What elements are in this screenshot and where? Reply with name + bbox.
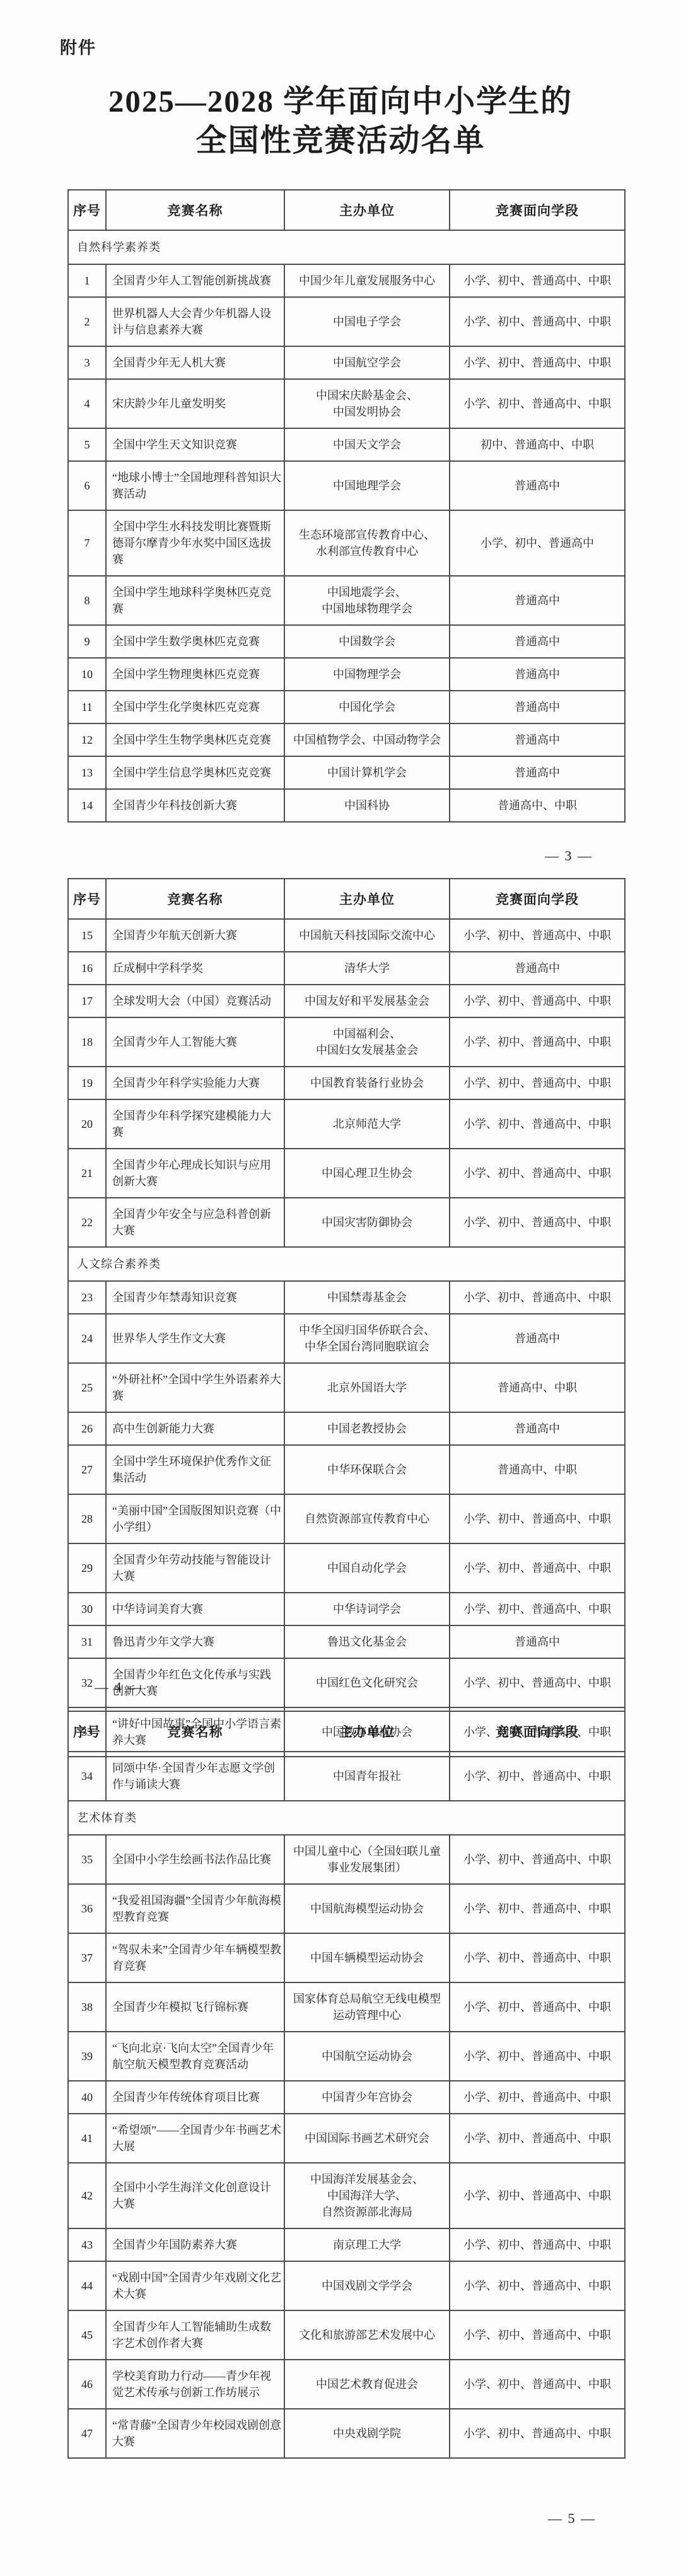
cell-organizer: 中国航天科技国际交流中心 <box>284 919 450 952</box>
table-header-row: 序号 竞赛名称 主办单位 竞赛面向学段 <box>68 1711 625 1752</box>
category-label: 自然科学素养类 <box>68 230 625 264</box>
cell-serial-number: 30 <box>68 1593 106 1625</box>
cell-serial-number: 24 <box>68 1314 106 1363</box>
cell-organizer: 国家体育总局航空无线电模型运动管理中心 <box>284 1982 450 2032</box>
cell-organizer: 中华诗词学会 <box>284 1593 450 1625</box>
cell-competition-name: 世界华人学生作文大赛 <box>106 1314 284 1363</box>
cell-target-stage: 小学、初中、普通高中、中职 <box>450 1099 625 1149</box>
cell-competition-name: 全国中学生地球科学奥林匹克竞赛 <box>106 576 284 625</box>
cell-competition-name: 全国青少年安全与应急科普创新大赛 <box>106 1198 284 1247</box>
document-page: 附件 2025—2028 学年面向中小学生的 全国性竞赛活动名单 序号 竞赛名称… <box>0 0 681 2576</box>
cell-competition-name: “外研社杯”全国中学生外语素养大赛 <box>106 1363 284 1412</box>
page-number-4: — 4 — <box>95 1679 143 1695</box>
cell-target-stage: 小学、初中、普通高中、中职 <box>450 1593 625 1625</box>
cell-organizer: 中国教育装备行业协会 <box>284 1067 450 1099</box>
cell-target-stage: 小学、初中、普通高中、中职 <box>450 919 625 952</box>
cell-target-stage: 小学、初中、普通高中、中职 <box>450 1543 625 1593</box>
header-serial-number: 序号 <box>68 1711 106 1752</box>
cell-target-stage: 普通高中、中职 <box>450 1445 625 1494</box>
competition-table-segment-2: 序号 竞赛名称 主办单位 竞赛面向学段 15全国青少年航天创新大赛中国航天科技国… <box>67 878 624 1757</box>
cell-organizer: 中国航空运动协会 <box>284 2032 450 2081</box>
attachment-label: 附件 <box>60 34 96 59</box>
table-row: 6“地球小博士”全国地理科普知识大赛活动中国地理学会普通高中 <box>68 461 625 510</box>
cell-target-stage: 普通高中 <box>450 576 625 625</box>
cell-competition-name: 全国青少年禁毒知识竞赛 <box>106 1281 284 1314</box>
category-label: 艺术体育类 <box>68 1801 625 1835</box>
cell-organizer: 中华环保联合会 <box>284 1445 450 1494</box>
cell-competition-name: “美丽中国”全国版图知识竞赛（中小学组） <box>106 1494 284 1543</box>
category-row: 艺术体育类 <box>68 1801 625 1835</box>
table-row: 38全国青少年模拟飞行锦标赛国家体育总局航空无线电模型运动管理中心小学、初中、普… <box>68 1982 625 2032</box>
cell-target-stage: 普通高中 <box>450 1625 625 1658</box>
cell-organizer: 中国自动化学会 <box>284 1543 450 1593</box>
cell-serial-number: 11 <box>68 691 106 723</box>
cell-organizer: 中国航空学会 <box>284 346 450 379</box>
cell-competition-name: 全国中学生生物学奥林匹克竞赛 <box>106 723 284 756</box>
cell-target-stage: 小学、初中、普通高中、中职 <box>450 297 625 346</box>
cell-target-stage: 小学、初中、普通高中、中职 <box>450 1884 625 1933</box>
cell-serial-number: 37 <box>68 1933 106 1982</box>
cell-serial-number: 16 <box>68 952 106 985</box>
cell-serial-number: 23 <box>68 1281 106 1314</box>
cell-competition-name: “希望颂”——全国青少年书画艺术大展 <box>106 2114 284 2163</box>
cell-competition-name: 全国青少年科学探究建模能力大赛 <box>106 1099 284 1149</box>
table-row: 31鲁迅青少年文学大赛鲁迅文化基金会普通高中 <box>68 1625 625 1658</box>
table-row: 32全国青少年红色文化传承与实践创新大赛中国红色文化研究会小学、初中、普通高中、… <box>68 1658 625 1707</box>
cell-organizer: 中国天文学会 <box>284 428 450 461</box>
cell-serial-number: 14 <box>68 789 106 822</box>
cell-organizer: 中国灾害防御协会 <box>284 1198 450 1247</box>
cell-serial-number: 21 <box>68 1149 106 1198</box>
cell-serial-number: 8 <box>68 576 106 625</box>
cell-serial-number: 35 <box>68 1835 106 1884</box>
cell-organizer: 中国儿童中心（全国妇联儿童事业发展集团） <box>284 1835 450 1884</box>
table-row: 34同颂中华·全国青少年志愿文学创作与诵读大赛中国青年报社小学、初中、普通高中、… <box>68 1752 625 1801</box>
competition-table: 序号 竞赛名称 主办单位 竞赛面向学段 自然科学素养类1全国青少年人工智能创新挑… <box>67 189 626 823</box>
cell-serial-number: 3 <box>68 346 106 379</box>
table-row: 39“飞向北京·飞向太空”全国青少年航空航天模型教育竞赛活动中国航空运动协会小学… <box>68 2032 625 2081</box>
cell-competition-name: 全国青少年科技创新大赛 <box>106 789 284 822</box>
cell-target-stage: 小学、初中、普通高中、中职 <box>450 2032 625 2081</box>
table-row: 21全国青少年心理成长知识与应用创新大赛中国心理卫生协会小学、初中、普通高中、中… <box>68 1149 625 1198</box>
cell-serial-number: 27 <box>68 1445 106 1494</box>
header-target-stage: 竞赛面向学段 <box>450 1711 625 1752</box>
cell-competition-name: 世界机器人大会青少年机器人设计与信息素养大赛 <box>106 297 284 346</box>
cell-competition-name: “地球小博士”全国地理科普知识大赛活动 <box>106 461 284 510</box>
table-row: 36“我爱祖国海疆”全国青少年航海模型教育竞赛中国航海模型运动协会小学、初中、普… <box>68 1884 625 1933</box>
table-row: 26高中生创新能力大赛中国老教授协会普通高中 <box>68 1412 625 1445</box>
cell-organizer: 中国地震学会、 中国地球物理学会 <box>284 576 450 625</box>
cell-target-stage: 普通高中、中职 <box>450 789 625 822</box>
cell-competition-name: 全国中小学生海洋文化创意设计大赛 <box>106 2163 284 2228</box>
cell-target-stage: 小学、初中、普通高中、中职 <box>450 1494 625 1543</box>
cell-organizer: 鲁迅文化基金会 <box>284 1625 450 1658</box>
cell-competition-name: 全国青少年人工智能创新挑战赛 <box>106 264 284 297</box>
cell-competition-name: 全国中学生数学奥林匹克竞赛 <box>106 625 284 658</box>
category-label: 人文综合素养类 <box>68 1247 625 1281</box>
cell-target-stage: 小学、初中、普通高中、中职 <box>450 1281 625 1314</box>
category-row: 人文综合素养类 <box>68 1247 625 1281</box>
table-row: 45全国青少年人工智能辅助生成数字艺术创作者大赛文化和旅游部艺术发展中心小学、初… <box>68 2310 625 2360</box>
table-row: 17全球发明大会（中国）竞赛活动中国友好和平发展基金会小学、初中、普通高中、中职 <box>68 985 625 1017</box>
cell-organizer: 中国艺术教育促进会 <box>284 2360 450 2409</box>
table-row: 40全国青少年传统体育项目比赛中国青少年宫协会小学、初中、普通高中、中职 <box>68 2081 625 2114</box>
cell-serial-number: 19 <box>68 1067 106 1099</box>
cell-serial-number: 45 <box>68 2310 106 2360</box>
cell-target-stage: 小学、初中、普通高中、中职 <box>450 1017 625 1067</box>
table-row: 25“外研社杯”全国中学生外语素养大赛北京外国语大学普通高中、中职 <box>68 1363 625 1412</box>
table-row: 18全国青少年人工智能大赛中国福利会、 中国妇女发展基金会小学、初中、普通高中、… <box>68 1017 625 1067</box>
cell-serial-number: 25 <box>68 1363 106 1412</box>
cell-organizer: 中华全国归国华侨联合会、 中华全国台湾同胞联谊会 <box>284 1314 450 1363</box>
cell-serial-number: 18 <box>68 1017 106 1067</box>
cell-serial-number: 36 <box>68 1884 106 1933</box>
page-number-3: — 3 — <box>545 848 593 864</box>
table-row: 27全国中学生环境保护优秀作文征集活动中华环保联合会普通高中、中职 <box>68 1445 625 1494</box>
cell-organizer: 北京外国语大学 <box>284 1363 450 1412</box>
cell-organizer: 清华大学 <box>284 952 450 985</box>
cell-serial-number: 39 <box>68 2032 106 2081</box>
cell-organizer: 中国计算机学会 <box>284 756 450 789</box>
cell-organizer: 中国友好和平发展基金会 <box>284 985 450 1017</box>
cell-target-stage: 小学、初中、普通高中、中职 <box>450 2228 625 2261</box>
cell-organizer: 北京师范大学 <box>284 1099 450 1149</box>
cell-target-stage: 小学、初中、普通高中、中职 <box>450 346 625 379</box>
cell-organizer: 中国植物学会、中国动物学会 <box>284 723 450 756</box>
table-row: 43全国青少年国防素养大赛南京理工大学小学、初中、普通高中、中职 <box>68 2228 625 2261</box>
cell-serial-number: 15 <box>68 919 106 952</box>
cell-serial-number: 34 <box>68 1752 106 1801</box>
table-row: 46学校美育助力行动——青少年视觉艺术传承与创新工作坊展示中国艺术教育促进会小学… <box>68 2360 625 2409</box>
cell-target-stage: 小学、初中、普通高中、中职 <box>450 264 625 297</box>
table-row: 2世界机器人大会青少年机器人设计与信息素养大赛中国电子学会小学、初中、普通高中、… <box>68 297 625 346</box>
table-row: 19全国青少年科学实验能力大赛中国教育装备行业协会小学、初中、普通高中、中职 <box>68 1067 625 1099</box>
cell-organizer: 中国青年报社 <box>284 1752 450 1801</box>
table-row: 20全国青少年科学探究建模能力大赛北京师范大学小学、初中、普通高中、中职 <box>68 1099 625 1149</box>
table-row: 5全国中学生天文知识竞赛中国天文学会初中、普通高中、中职 <box>68 428 625 461</box>
competition-table: 序号 竞赛名称 主办单位 竞赛面向学段 15全国青少年航天创新大赛中国航天科技国… <box>67 878 626 1757</box>
cell-target-stage: 小学、初中、普通高中、中职 <box>450 2163 625 2228</box>
cell-serial-number: 28 <box>68 1494 106 1543</box>
cell-organizer: 中国电子学会 <box>284 297 450 346</box>
cell-organizer: 中国老教授协会 <box>284 1412 450 1445</box>
cell-serial-number: 44 <box>68 2261 106 2310</box>
category-row: 自然科学素养类 <box>68 230 625 264</box>
cell-competition-name: 同颂中华·全国青少年志愿文学创作与诵读大赛 <box>106 1752 284 1801</box>
cell-organizer: 中国心理卫生协会 <box>284 1149 450 1198</box>
cell-organizer: 中国戏剧文学学会 <box>284 2261 450 2310</box>
cell-target-stage: 小学、初中、普通高中、中职 <box>450 379 625 428</box>
table-row: 30中华诗词美育大赛中华诗词学会小学、初中、普通高中、中职 <box>68 1593 625 1625</box>
cell-organizer: 南京理工大学 <box>284 2228 450 2261</box>
cell-target-stage: 小学、初中、普通高中、中职 <box>450 985 625 1017</box>
cell-competition-name: “飞向北京·飞向太空”全国青少年航空航天模型教育竞赛活动 <box>106 2032 284 2081</box>
cell-target-stage: 小学、初中、普通高中、中职 <box>450 2081 625 2114</box>
cell-competition-name: 学校美育助力行动——青少年视觉艺术传承与创新工作坊展示 <box>106 2360 284 2409</box>
cell-competition-name: 全国青少年航天创新大赛 <box>106 919 284 952</box>
header-competition-name: 竞赛名称 <box>106 879 284 919</box>
table-row: 44“戏剧中国”全国青少年戏剧文化艺术大赛中国戏剧文学学会小学、初中、普通高中、… <box>68 2261 625 2310</box>
table-row: 15全国青少年航天创新大赛中国航天科技国际交流中心小学、初中、普通高中、中职 <box>68 919 625 952</box>
cell-organizer: 中国红色文化研究会 <box>284 1658 450 1707</box>
cell-competition-name: 全国青少年国防素养大赛 <box>106 2228 284 2261</box>
document-title-line1: 2025—2028 学年面向中小学生的 <box>0 82 681 121</box>
cell-organizer: 中国数学会 <box>284 625 450 658</box>
table-row: 28“美丽中国”全国版图知识竞赛（中小学组）自然资源部宣传教育中心小学、初中、普… <box>68 1494 625 1543</box>
competition-table: 序号 竞赛名称 主办单位 竞赛面向学段 34同颂中华·全国青少年志愿文学创作与诵… <box>67 1711 626 2459</box>
cell-organizer: 中国车辆模型运动协会 <box>284 1933 450 1982</box>
cell-target-stage: 小学、初中、普通高中、中职 <box>450 2310 625 2360</box>
cell-target-stage: 普通高中 <box>450 625 625 658</box>
cell-organizer: 中国少年儿童发展服务中心 <box>284 264 450 297</box>
cell-serial-number: 20 <box>68 1099 106 1149</box>
competition-table-segment-1: 序号 竞赛名称 主办单位 竞赛面向学段 自然科学素养类1全国青少年人工智能创新挑… <box>67 189 624 823</box>
cell-competition-name: 丘成桐中学科学奖 <box>106 952 284 985</box>
cell-organizer: 中国禁毒基金会 <box>284 1281 450 1314</box>
document-title-line2: 全国性竞赛活动名单 <box>0 121 681 160</box>
table-row: 13全国中学生信息学奥林匹克竞赛中国计算机学会普通高中 <box>68 756 625 789</box>
cell-organizer: 中国物理学会 <box>284 658 450 691</box>
cell-competition-name: 全国青少年劳动技能与智能设计大赛 <box>106 1543 284 1593</box>
cell-competition-name: 宋庆龄少年儿童发明奖 <box>106 379 284 428</box>
cell-target-stage: 小学、初中、普通高中、中职 <box>450 1982 625 2032</box>
cell-competition-name: 全国中学生物理奥林匹克竞赛 <box>106 658 284 691</box>
cell-serial-number: 1 <box>68 264 106 297</box>
cell-competition-name: 全球发明大会（中国）竞赛活动 <box>106 985 284 1017</box>
cell-competition-name: 全国青少年无人机大赛 <box>106 346 284 379</box>
table-row: 7全国中学生水科技发明比赛暨斯德哥尔摩青少年水奖中国区选拔赛生态环境部宣传教育中… <box>68 510 625 576</box>
table-row: 41“希望颂”——全国青少年书画艺术大展中国国际书画艺术研究会小学、初中、普通高… <box>68 2114 625 2163</box>
cell-organizer: 中国海洋发展基金会、 中国海洋大学、 自然资源部北海局 <box>284 2163 450 2228</box>
header-organizer: 主办单位 <box>284 879 450 919</box>
cell-serial-number: 42 <box>68 2163 106 2228</box>
cell-serial-number: 26 <box>68 1412 106 1445</box>
header-organizer: 主办单位 <box>284 190 450 230</box>
cell-serial-number: 12 <box>68 723 106 756</box>
cell-target-stage: 普通高中 <box>450 1412 625 1445</box>
cell-competition-name: 全国中学生天文知识竞赛 <box>106 428 284 461</box>
cell-serial-number: 9 <box>68 625 106 658</box>
cell-competition-name: 全国中学生信息学奥林匹克竞赛 <box>106 756 284 789</box>
table-row: 1全国青少年人工智能创新挑战赛中国少年儿童发展服务中心小学、初中、普通高中、中职 <box>68 264 625 297</box>
header-target-stage: 竞赛面向学段 <box>450 190 625 230</box>
cell-competition-name: 全国青少年人工智能辅助生成数字艺术创作者大赛 <box>106 2310 284 2360</box>
cell-organizer: 中央戏剧学院 <box>284 2409 450 2458</box>
cell-competition-name: 全国中学生水科技发明比赛暨斯德哥尔摩青少年水奖中国区选拔赛 <box>106 510 284 576</box>
cell-serial-number: 47 <box>68 2409 106 2458</box>
cell-target-stage: 普通高中 <box>450 691 625 723</box>
table-row: 23全国青少年禁毒知识竞赛中国禁毒基金会小学、初中、普通高中、中职 <box>68 1281 625 1314</box>
cell-target-stage: 初中、普通高中、中职 <box>450 428 625 461</box>
cell-target-stage: 小学、初中、普通高中、中职 <box>450 2261 625 2310</box>
cell-serial-number: 17 <box>68 985 106 1017</box>
cell-target-stage: 小学、初中、普通高中、中职 <box>450 1658 625 1707</box>
header-target-stage: 竞赛面向学段 <box>450 879 625 919</box>
table-row: 14全国青少年科技创新大赛中国科协普通高中、中职 <box>68 789 625 822</box>
cell-competition-name: 全国青少年模拟飞行锦标赛 <box>106 1982 284 2032</box>
table-row: 22全国青少年安全与应急科普创新大赛中国灾害防御协会小学、初中、普通高中、中职 <box>68 1198 625 1247</box>
cell-serial-number: 4 <box>68 379 106 428</box>
table-row: 9全国中学生数学奥林匹克竞赛中国数学会普通高中 <box>68 625 625 658</box>
cell-serial-number: 10 <box>68 658 106 691</box>
cell-serial-number: 43 <box>68 2228 106 2261</box>
table-row: 8全国中学生地球科学奥林匹克竞赛中国地震学会、 中国地球物理学会普通高中 <box>68 576 625 625</box>
table-row: 16丘成桐中学科学奖清华大学普通高中 <box>68 952 625 985</box>
cell-organizer: 中国地理学会 <box>284 461 450 510</box>
table-row: 47“常青藤”全国青少年校园戏剧创意大赛中央戏剧学院小学、初中、普通高中、中职 <box>68 2409 625 2458</box>
table-row: 11全国中学生化学奥林匹克竞赛中国化学会普通高中 <box>68 691 625 723</box>
cell-target-stage: 普通高中、中职 <box>450 1363 625 1412</box>
cell-competition-name: 全国青少年传统体育项目比赛 <box>106 2081 284 2114</box>
cell-target-stage: 小学、初中、普通高中、中职 <box>450 2360 625 2409</box>
cell-competition-name: 高中生创新能力大赛 <box>106 1412 284 1445</box>
cell-serial-number: 13 <box>68 756 106 789</box>
cell-organizer: 中国青少年宫协会 <box>284 2081 450 2114</box>
cell-target-stage: 小学、初中、普通高中 <box>450 510 625 576</box>
cell-serial-number: 7 <box>68 510 106 576</box>
cell-serial-number: 31 <box>68 1625 106 1658</box>
document-title: 2025—2028 学年面向中小学生的 全国性竞赛活动名单 <box>0 82 681 160</box>
cell-target-stage: 小学、初中、普通高中、中职 <box>450 2114 625 2163</box>
cell-competition-name: “常青藤”全国青少年校园戏剧创意大赛 <box>106 2409 284 2458</box>
table-row: 29全国青少年劳动技能与智能设计大赛中国自动化学会小学、初中、普通高中、中职 <box>68 1543 625 1593</box>
table-header-row: 序号 竞赛名称 主办单位 竞赛面向学段 <box>68 879 625 919</box>
table-row: 37“驾驭未来”全国青少年车辆模型教育竞赛中国车辆模型运动协会小学、初中、普通高… <box>68 1933 625 1982</box>
cell-target-stage: 普通高中 <box>450 1314 625 1363</box>
header-competition-name: 竞赛名称 <box>106 190 284 230</box>
table-header-row: 序号 竞赛名称 主办单位 竞赛面向学段 <box>68 190 625 230</box>
cell-organizer: 生态环境部宣传教育中心、 水利部宣传教育中心 <box>284 510 450 576</box>
table-row: 42全国中小学生海洋文化创意设计大赛中国海洋发展基金会、 中国海洋大学、 自然资… <box>68 2163 625 2228</box>
cell-competition-name: 全国青少年心理成长知识与应用创新大赛 <box>106 1149 284 1198</box>
cell-target-stage: 普通高中 <box>450 658 625 691</box>
cell-target-stage: 普通高中 <box>450 756 625 789</box>
cell-serial-number: 6 <box>68 461 106 510</box>
cell-target-stage: 普通高中 <box>450 723 625 756</box>
cell-organizer: 中国航海模型运动协会 <box>284 1884 450 1933</box>
cell-serial-number: 38 <box>68 1982 106 2032</box>
cell-competition-name: 全国中小学生绘画书法作品比赛 <box>106 1835 284 1884</box>
table-row: 35全国中小学生绘画书法作品比赛中国儿童中心（全国妇联儿童事业发展集团）小学、初… <box>68 1835 625 1884</box>
cell-target-stage: 小学、初中、普通高中、中职 <box>450 1198 625 1247</box>
header-serial-number: 序号 <box>68 879 106 919</box>
table-row: 10全国中学生物理奥林匹克竞赛中国物理学会普通高中 <box>68 658 625 691</box>
cell-competition-name: 全国中学生化学奥林匹克竞赛 <box>106 691 284 723</box>
cell-competition-name: “戏剧中国”全国青少年戏剧文化艺术大赛 <box>106 2261 284 2310</box>
cell-organizer: 中国国际书画艺术研究会 <box>284 2114 450 2163</box>
cell-organizer: 中国化学会 <box>284 691 450 723</box>
cell-target-stage: 普通高中 <box>450 461 625 510</box>
table-row: 24世界华人学生作文大赛中华全国归国华侨联合会、 中华全国台湾同胞联谊会普通高中 <box>68 1314 625 1363</box>
cell-target-stage: 小学、初中、普通高中、中职 <box>450 1067 625 1099</box>
page-number-5: — 5 — <box>548 2510 596 2527</box>
cell-serial-number: 22 <box>68 1198 106 1247</box>
cell-organizer: 中国福利会、 中国妇女发展基金会 <box>284 1017 450 1067</box>
cell-organizer: 自然资源部宣传教育中心 <box>284 1494 450 1543</box>
table-row: 4宋庆龄少年儿童发明奖中国宋庆龄基金会、 中国发明协会小学、初中、普通高中、中职 <box>68 379 625 428</box>
cell-target-stage: 小学、初中、普通高中、中职 <box>450 2409 625 2458</box>
cell-competition-name: 全国青少年科学实验能力大赛 <box>106 1067 284 1099</box>
cell-target-stage: 小学、初中、普通高中、中职 <box>450 1149 625 1198</box>
competition-table-segment-3: 序号 竞赛名称 主办单位 竞赛面向学段 34同颂中华·全国青少年志愿文学创作与诵… <box>67 1711 624 2459</box>
cell-serial-number: 2 <box>68 297 106 346</box>
cell-competition-name: 全国中学生环境保护优秀作文征集活动 <box>106 1445 284 1494</box>
cell-organizer: 中国科协 <box>284 789 450 822</box>
table-row: 12全国中学生生物学奥林匹克竞赛中国植物学会、中国动物学会普通高中 <box>68 723 625 756</box>
cell-serial-number: 40 <box>68 2081 106 2114</box>
cell-target-stage: 小学、初中、普通高中、中职 <box>450 1933 625 1982</box>
cell-target-stage: 小学、初中、普通高中、中职 <box>450 1752 625 1801</box>
cell-serial-number: 46 <box>68 2360 106 2409</box>
cell-serial-number: 41 <box>68 2114 106 2163</box>
cell-target-stage: 小学、初中、普通高中、中职 <box>450 1835 625 1884</box>
cell-competition-name: 鲁迅青少年文学大赛 <box>106 1625 284 1658</box>
cell-organizer: 文化和旅游部艺术发展中心 <box>284 2310 450 2360</box>
cell-competition-name: “驾驭未来”全国青少年车辆模型教育竞赛 <box>106 1933 284 1982</box>
cell-competition-name: 中华诗词美育大赛 <box>106 1593 284 1625</box>
header-competition-name: 竞赛名称 <box>106 1711 284 1752</box>
header-organizer: 主办单位 <box>284 1711 450 1752</box>
table-row: 3全国青少年无人机大赛中国航空学会小学、初中、普通高中、中职 <box>68 346 625 379</box>
cell-serial-number: 29 <box>68 1543 106 1593</box>
cell-competition-name: “我爱祖国海疆”全国青少年航海模型教育竞赛 <box>106 1884 284 1933</box>
cell-serial-number: 5 <box>68 428 106 461</box>
header-serial-number: 序号 <box>68 190 106 230</box>
cell-competition-name: 全国青少年人工智能大赛 <box>106 1017 284 1067</box>
cell-target-stage: 普通高中 <box>450 952 625 985</box>
cell-organizer: 中国宋庆龄基金会、 中国发明协会 <box>284 379 450 428</box>
